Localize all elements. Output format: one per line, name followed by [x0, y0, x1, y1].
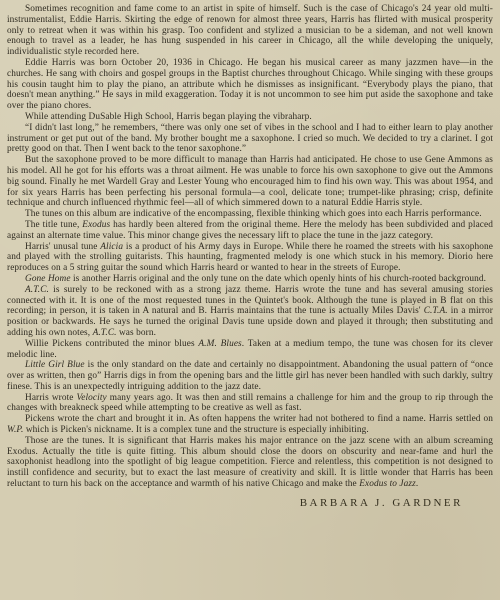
paragraph: Eddie Harris was born October 20, 1936 i… — [7, 58, 493, 112]
text-run: Harris' unusal tune — [25, 242, 100, 252]
tune-title: Alicia — [100, 242, 123, 252]
text-run: The title tune, — [25, 220, 82, 230]
paragraph: But the saxophone proved to be more diff… — [7, 155, 493, 209]
text-run: Pickens wrote the chart and brought it i… — [25, 414, 493, 424]
byline-author: BARBARA J. GARDNER — [7, 497, 463, 509]
tune-title: Exodus to Jazz — [359, 479, 416, 489]
tune-title: Velocity — [77, 393, 107, 403]
paragraph: Harris wrote Velocity many years ago. It… — [7, 393, 493, 415]
tune-title: A.M. Blues — [198, 339, 241, 349]
paragraph: Gone Home is another Harris original and… — [7, 274, 493, 285]
paragraph: Willie Pickens contributed the minor blu… — [7, 339, 493, 361]
text-run: “I didn't last long,” he remembers, “the… — [7, 123, 493, 155]
paragraph: The title tune, Exodus has hardly been a… — [7, 220, 493, 242]
text-run: The tunes on this album are indicative o… — [25, 209, 482, 219]
text-run: was born. — [117, 328, 156, 338]
paragraph: While attending DuSable High School, Har… — [7, 112, 493, 123]
tune-title: A.T.C. — [25, 285, 49, 295]
text-run: While attending DuSable High School, Har… — [25, 112, 312, 122]
text-run: Eddie Harris was born October 20, 1936 i… — [7, 58, 493, 111]
tune-title: W.P. — [7, 425, 23, 435]
text-run: Those are the tunes. It is significant t… — [7, 436, 493, 489]
liner-notes-text: Sometimes recognition and fame come to a… — [7, 4, 493, 490]
text-run: . — [416, 479, 418, 489]
paragraph: Those are the tunes. It is significant t… — [7, 436, 493, 490]
text-run: But the saxophone proved to be more diff… — [7, 155, 493, 208]
paragraph: Pickens wrote the chart and brought it i… — [7, 414, 493, 436]
text-run: Harris wrote — [25, 393, 77, 403]
paragraph: Sometimes recognition and fame come to a… — [7, 4, 493, 58]
text-run: which is Picken's nickname. It is a comp… — [23, 425, 368, 435]
liner-notes-page: Sometimes recognition and fame come to a… — [0, 0, 500, 600]
tune-title: Little Girl Blue — [25, 360, 85, 370]
text-run: Sometimes recognition and fame come to a… — [7, 4, 493, 57]
paragraph: Harris' unusal tune Alicia is a product … — [7, 242, 493, 274]
text-run: is surely to be reckoned with as a stron… — [7, 285, 493, 317]
paragraph: Little Girl Blue is the only standard on… — [7, 360, 493, 392]
tune-title: Gone Home — [25, 274, 71, 284]
text-run: is another Harris original and the only … — [71, 274, 486, 284]
paragraph: The tunes on this album are indicative o… — [7, 209, 493, 220]
tune-title: C.T.A. — [424, 306, 448, 316]
paragraph: A.T.C. is surely to be reckoned with as … — [7, 285, 493, 339]
paragraph: “I didn't last long,” he remembers, “the… — [7, 123, 493, 155]
text-run: Willie Pickens contributed the minor blu… — [25, 339, 198, 349]
tune-title: Exodus — [82, 220, 110, 230]
tune-title: A.T.C. — [93, 328, 117, 338]
